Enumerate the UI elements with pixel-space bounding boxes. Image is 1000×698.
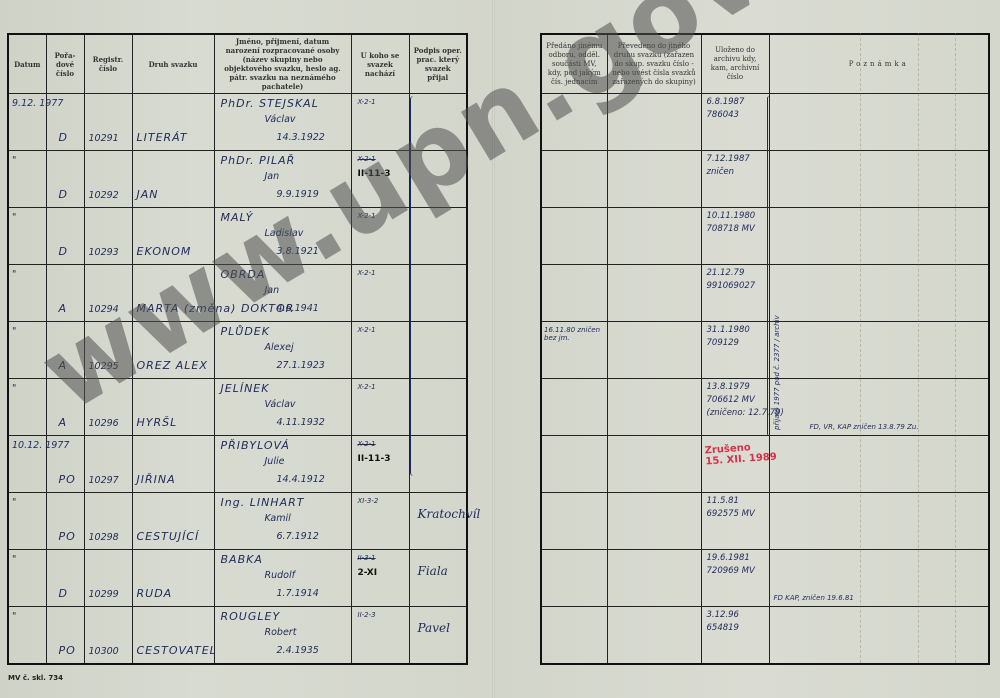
poradove-value: D (59, 587, 68, 600)
birth-date: 14.3.1922 (277, 132, 325, 143)
druh-value: RUDA (137, 587, 173, 600)
surname: Ing. LINHART (221, 496, 305, 509)
datum-value: " (12, 611, 16, 622)
cell-druh: CESTUJÍCÍ (132, 493, 214, 550)
surname: JELÍNEK (221, 382, 270, 395)
cell-poradove: D (46, 550, 84, 607)
birth-date: 9.9.1919 (277, 189, 319, 200)
druh-value: JIŘINA (137, 473, 176, 486)
cell-druh: RUDA (132, 550, 214, 607)
cell-predano (541, 436, 607, 493)
datum-value: " (12, 155, 16, 166)
table-row: "D10292JANPhDr. PILAŘJan9.9.1919X-2-1II-… (8, 151, 467, 208)
cell-podpis: Fiala (409, 550, 467, 607)
cell-predano (541, 607, 607, 665)
cell-registr: 10293 (84, 208, 132, 265)
table-row: 16.11.80 zničen bez jm.31.1.1980709129 (541, 322, 989, 379)
poradove-value: A (59, 359, 68, 372)
datum-value: " (12, 326, 16, 337)
druh-value: LITERÁT (137, 131, 188, 144)
druh-value: OREZ ALEX (137, 359, 208, 372)
table-row: 19.6.1981720969 MVFD KAP, zničen 19.6.81 (541, 550, 989, 607)
cell-prevedeno (607, 493, 701, 550)
cell-poradove: D (46, 151, 84, 208)
header-druh-svazku: Druh svazku (132, 34, 214, 94)
registry-table-right: Předáno jinému odboru, odděl. součásti M… (540, 33, 990, 665)
cell-druh: MARTA (změna) DOKTOR (132, 265, 214, 322)
cell-jmeno: JELÍNEKVáclav4.11.1932 (214, 379, 351, 436)
cell-datum: " (8, 379, 46, 436)
cell-predano (541, 151, 607, 208)
location-value: II-3-1 (358, 554, 376, 562)
first-name: Ladislav (265, 228, 304, 239)
cell-registr: 10291 (84, 94, 132, 151)
location-value: X-2-1 (358, 440, 376, 448)
cell-ulozeno: 6.8.1987786043 (701, 94, 769, 151)
registr-value: 10294 (89, 304, 119, 315)
registr-value: 10295 (89, 361, 119, 372)
cell-predano (541, 94, 607, 151)
table-row: 10.11.1980708718 MV (541, 208, 989, 265)
cell-druh: JIŘINA (132, 436, 214, 493)
cell-podpis (409, 265, 467, 322)
table-row: "A10294MARTA (změna) DOKTOROBRDAJan4.6.1… (8, 265, 467, 322)
cell-ulozeno: 31.1.1980709129 (701, 322, 769, 379)
poradove-value: D (59, 131, 68, 144)
cell-poradove: A (46, 322, 84, 379)
datum-value: " (12, 212, 16, 223)
location-value: X-2-1 (358, 155, 376, 163)
table-header-row: Datum Pořa-dové číslo Registr. číslo Dru… (8, 34, 467, 94)
cell-ulozeno: 7.12.1987zničen (701, 151, 769, 208)
cell-jmeno: OBRDAJan4.6.1941 (214, 265, 351, 322)
vertical-archive-note: přijato 1977 pod č. 2377 / archiv (773, 100, 781, 430)
surname: ROUGLEY (221, 610, 281, 623)
cell-ulozeno: 3.12.96654819 (701, 607, 769, 665)
archive-line: 13.8.1979 (707, 382, 750, 392)
birth-date: 3.8.1921 (277, 246, 319, 257)
cell-poradove: PO (46, 607, 84, 665)
signature: Kratochvíl (418, 507, 481, 521)
cell-druh: CESTOVATEL (132, 607, 214, 665)
registr-value: 10292 (89, 190, 119, 201)
poznamka-value: FD, VR, KAP zničen 13.8.79 Zu. (810, 423, 919, 431)
birth-date: 1.7.1914 (277, 588, 319, 599)
cell-druh: HYRŠL (132, 379, 214, 436)
archive-line: 706612 MV (707, 395, 755, 405)
cell-ulozeno: 10.11.1980708718 MV (701, 208, 769, 265)
cell-jmeno: BABKARudolf1.7.1914 (214, 550, 351, 607)
faint-column-line (918, 33, 920, 663)
cell-prevedeno (607, 151, 701, 208)
header-poradove-cislo: Pořa-dové číslo (46, 34, 84, 94)
location-value: X-2-1 (358, 212, 376, 220)
archive-line: 692575 MV (707, 509, 755, 519)
cell-datum: " (8, 607, 46, 665)
cell-podpis (409, 208, 467, 265)
cell-u-koho: X-2-1 (351, 208, 409, 265)
cell-registr: 10296 (84, 379, 132, 436)
archive-line: 786043 (707, 110, 739, 120)
location-value: X-2-1 (358, 98, 376, 106)
table-row: 13.8.1979706612 MV(zničeno: 12.7.79)FD, … (541, 379, 989, 436)
first-name: Robert (265, 627, 297, 638)
poradove-value: A (59, 302, 68, 315)
cell-jmeno: Ing. LINHARTKamil6.7.1912 (214, 493, 351, 550)
table-row: "PO10300CESTOVATELROUGLEYRobert2.4.1935I… (8, 607, 467, 665)
cell-prevedeno (607, 607, 701, 665)
poradove-value: PO (59, 644, 76, 657)
cell-u-koho: X-2-1II-11-3 (351, 151, 409, 208)
table-row: 6.8.1987786043 (541, 94, 989, 151)
birth-date: 4.11.1932 (277, 417, 325, 428)
header-u-koho: U koho se svazek nachází (351, 34, 409, 94)
poradove-value: PO (59, 530, 76, 543)
cell-predano (541, 493, 607, 550)
cell-u-koho: II-2-3 (351, 607, 409, 665)
cell-jmeno: PhDr. STEJSKALVáclav14.3.1922 (214, 94, 351, 151)
poradove-value: D (59, 188, 68, 201)
cell-registr: 10295 (84, 322, 132, 379)
cell-jmeno: MALÝLadislav3.8.1921 (214, 208, 351, 265)
druh-value: CESTOVATEL (137, 644, 217, 657)
table-row: "A10295OREZ ALEXPLŮDEKAlexej27.1.1923X-2… (8, 322, 467, 379)
druh-value: HYRŠL (137, 416, 178, 429)
cell-u-koho: X-2-1 (351, 94, 409, 151)
cell-datum: " (8, 322, 46, 379)
cell-u-koho: X-2-1 (351, 322, 409, 379)
cell-prevedeno (607, 94, 701, 151)
cell-podpis: Pavel (409, 607, 467, 665)
archive-line: 31.1.1980 (707, 325, 750, 335)
archive-line: 11.5.81 (707, 496, 739, 506)
archive-line: 7.12.1987 (707, 154, 750, 164)
druh-value: CESTUJÍCÍ (137, 530, 200, 543)
header-registr-cislo: Registr. číslo (84, 34, 132, 94)
table-header-row: Předáno jinému odboru, odděl. součásti M… (541, 34, 989, 94)
cell-jmeno: PhDr. PILAŘJan9.9.1919 (214, 151, 351, 208)
location-new-value: II-11-3 (358, 454, 391, 464)
header-prevedeno: Převedeno do jiného druhu svazku (zařaze… (607, 34, 701, 94)
surname: PŘIBYLOVÁ (221, 439, 290, 452)
surname: PLŮDEK (221, 325, 270, 338)
cell-datum: 9.12. 1977 (8, 94, 46, 151)
cell-u-koho: X-2-1 (351, 265, 409, 322)
datum-value: " (12, 554, 16, 565)
table-row: 7.12.1987zničen (541, 151, 989, 208)
table-row: "D10293EKONOMMALÝLadislav3.8.1921X-2-1 (8, 208, 467, 265)
archive-line: 6.8.1987 (707, 97, 745, 107)
cell-u-koho: II-3-12-XI (351, 550, 409, 607)
cell-podpis (409, 379, 467, 436)
archive-line: 708718 MV (707, 224, 755, 234)
location-value: X-2-1 (358, 326, 376, 334)
book-spine (492, 0, 495, 698)
cell-podpis (409, 322, 467, 379)
cell-poradove: A (46, 379, 84, 436)
cell-druh: OREZ ALEX (132, 322, 214, 379)
registry-table-left: Datum Pořa-dové číslo Registr. číslo Dru… (7, 33, 468, 665)
cell-u-koho: XI-3-2 (351, 493, 409, 550)
datum-value: " (12, 269, 16, 280)
signature-brace (410, 96, 417, 476)
form-number: MV č. skl. 734 (8, 674, 63, 682)
cell-registr: 10299 (84, 550, 132, 607)
table-row: 3.12.96654819 (541, 607, 989, 665)
cell-prevedeno (607, 379, 701, 436)
cell-prevedeno (607, 208, 701, 265)
cell-poradove: PO (46, 493, 84, 550)
table-row: 11.5.81692575 MV (541, 493, 989, 550)
cell-jmeno: PŘIBYLOVÁJulie14.4.1912 (214, 436, 351, 493)
birth-date: 27.1.1923 (277, 360, 325, 371)
surname: PhDr. STEJSKAL (221, 97, 319, 110)
cell-podpis: Kratochvíl (409, 493, 467, 550)
table-row: "D10299RUDABABKARudolf1.7.1914II-3-12-XI… (8, 550, 467, 607)
table-row: 21.12.79991069027 (541, 265, 989, 322)
poznamka-value: FD KAP, zničen 19.6.81 (774, 594, 854, 602)
registr-value: 10297 (89, 475, 119, 486)
location-value: X-2-1 (358, 269, 376, 277)
cell-poradove: PO (46, 436, 84, 493)
header-predano: Předáno jinému odboru, odděl. součásti M… (541, 34, 607, 94)
first-name: Julie (265, 456, 285, 467)
location-value: X-2-1 (358, 383, 376, 391)
table-row: "PO10298CESTUJÍCÍIng. LINHARTKamil6.7.19… (8, 493, 467, 550)
cell-poradove: A (46, 265, 84, 322)
cell-druh: JAN (132, 151, 214, 208)
archive-line: 3.12.96 (707, 610, 739, 620)
surname: OBRDA (221, 268, 266, 281)
table-row: 10.12. 1977PO10297JIŘINAPŘIBYLOVÁJulie14… (8, 436, 467, 493)
cell-druh: LITERÁT (132, 94, 214, 151)
cell-datum: 10.12. 1977 (8, 436, 46, 493)
first-name: Jan (265, 171, 280, 182)
cell-ulozeno: 13.8.1979706612 MV(zničeno: 12.7.79) (701, 379, 769, 436)
cell-poradove: D (46, 94, 84, 151)
cell-poradove: D (46, 208, 84, 265)
birth-date: 4.6.1941 (277, 303, 319, 314)
location-value: II-2-3 (358, 611, 376, 619)
header-podpis: Podpis oper. prac. který svazek přijal (409, 34, 467, 94)
cell-prevedeno (607, 322, 701, 379)
cell-jmeno: PLŮDEKAlexej27.1.1923 (214, 322, 351, 379)
faint-column-line (860, 33, 862, 663)
surname: PhDr. PILAŘ (221, 154, 296, 167)
registr-value: 10291 (89, 133, 119, 144)
surname: MALÝ (221, 211, 254, 224)
registr-value: 10293 (89, 247, 119, 258)
birth-date: 6.7.1912 (277, 531, 319, 542)
first-name: Václav (265, 114, 296, 125)
archive-line: 10.11.1980 (707, 211, 756, 221)
first-name: Rudolf (265, 570, 295, 581)
first-name: Václav (265, 399, 296, 410)
druh-value: JAN (137, 188, 159, 201)
cell-druh: EKONOM (132, 208, 214, 265)
cell-datum: " (8, 493, 46, 550)
cell-datum: " (8, 208, 46, 265)
cell-registr: 10298 (84, 493, 132, 550)
registr-value: 10296 (89, 418, 119, 429)
location-new-value: II-11-3 (358, 169, 391, 179)
druh-value: EKONOM (137, 245, 192, 258)
datum-value: " (12, 497, 16, 508)
archive-brace (767, 96, 772, 436)
archive-line: 709129 (707, 338, 739, 348)
location-new-value: 2-XI (358, 568, 378, 578)
cell-registr: 10300 (84, 607, 132, 665)
cell-registr: 10292 (84, 151, 132, 208)
first-name: Jan (265, 285, 280, 296)
archive-line: 21.12.79 (707, 268, 745, 278)
header-ulozeno: Uloženo do archivu kdy, kam, archivní čí… (701, 34, 769, 94)
cell-predano (541, 379, 607, 436)
location-value: XI-3-2 (358, 497, 379, 505)
cell-u-koho: X-2-1II-11-3 (351, 436, 409, 493)
registr-value: 10300 (89, 646, 119, 657)
poradove-value: PO (59, 473, 76, 486)
archive-line: 991069027 (707, 281, 756, 291)
cell-jmeno: ROUGLEYRobert2.4.1935 (214, 607, 351, 665)
signature: Pavel (418, 621, 450, 635)
cell-prevedeno (607, 550, 701, 607)
header-jmeno: Jméno, příjmení, datum narození rozpraco… (214, 34, 351, 94)
poradove-value: A (59, 416, 68, 429)
cell-predano (541, 208, 607, 265)
poradove-value: D (59, 245, 68, 258)
header-poznamka-label: Poznámka (849, 60, 909, 68)
cell-podpis (409, 94, 467, 151)
cell-podpis (409, 436, 467, 493)
signature: Fiala (418, 564, 448, 578)
cell-ulozeno: 21.12.79991069027 (701, 265, 769, 322)
cell-registr: 10297 (84, 436, 132, 493)
archive-line: zničen (707, 167, 735, 177)
faint-column-line (955, 33, 957, 663)
cell-ulozeno: 19.6.1981720969 MV (701, 550, 769, 607)
cell-registr: 10294 (84, 265, 132, 322)
cell-prevedeno (607, 265, 701, 322)
cell-predano (541, 550, 607, 607)
registr-value: 10298 (89, 532, 119, 543)
registr-value: 10299 (89, 589, 119, 600)
cell-podpis (409, 151, 467, 208)
birth-date: 2.4.1935 (277, 645, 319, 656)
header-datum: Datum (8, 34, 46, 94)
cell-datum: " (8, 151, 46, 208)
cell-predano (541, 265, 607, 322)
cell-datum: " (8, 550, 46, 607)
birth-date: 14.4.1912 (277, 474, 325, 485)
cell-prevedeno (607, 436, 701, 493)
first-name: Kamil (265, 513, 291, 524)
table-row: "A10296HYRŠLJELÍNEKVáclav4.11.1932X-2-1 (8, 379, 467, 436)
cell-ulozeno: 11.5.81692575 MV (701, 493, 769, 550)
archive-line: 720969 MV (707, 566, 755, 576)
table-row: 9.12. 1977D10291LITERÁTPhDr. STEJSKALVác… (8, 94, 467, 151)
first-name: Alexej (265, 342, 294, 353)
cell-datum: " (8, 265, 46, 322)
archive-line: 654819 (707, 623, 739, 633)
archive-line: 19.6.1981 (707, 553, 750, 563)
cell-u-koho: X-2-1 (351, 379, 409, 436)
cell-predano: 16.11.80 zničen bez jm. (541, 322, 607, 379)
surname: BABKA (221, 553, 263, 566)
predano-value: 16.11.80 zničen bez jm. (544, 326, 604, 342)
datum-value: " (12, 383, 16, 394)
